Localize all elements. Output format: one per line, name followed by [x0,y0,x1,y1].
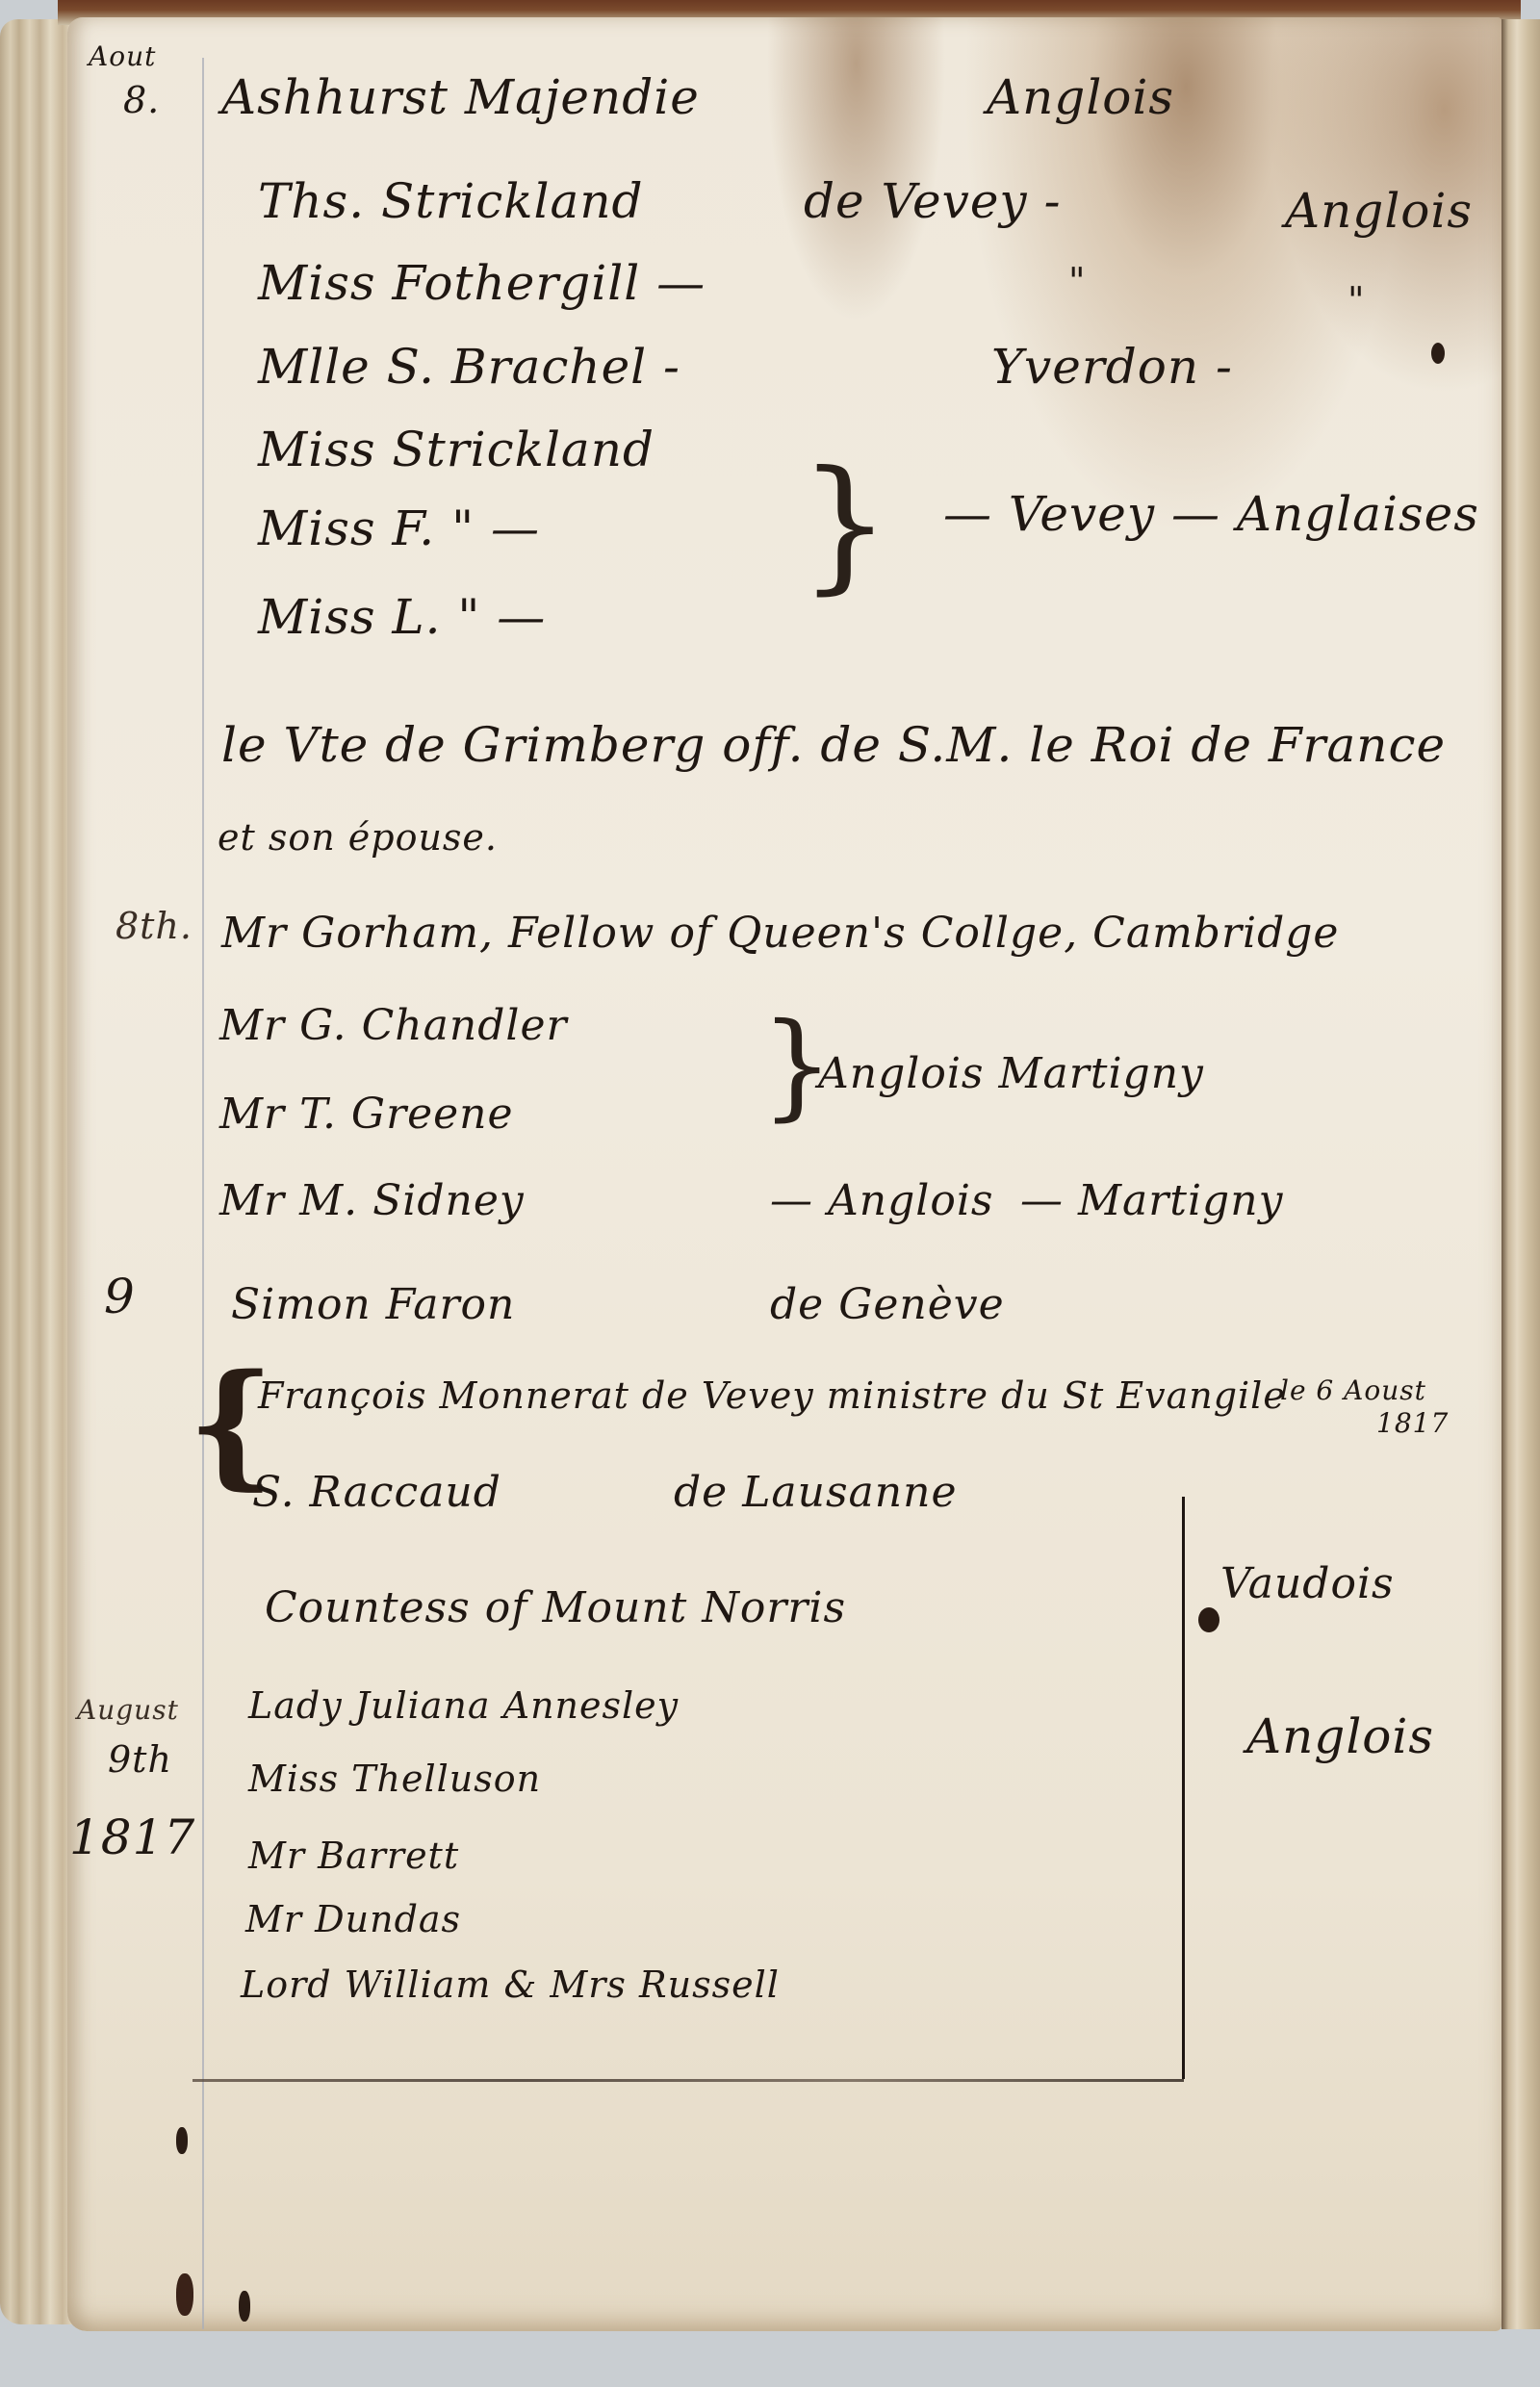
entry-name: Mr Dundas [245,1898,461,1940]
entry-name: et son épouse. [218,816,498,859]
entry-name: Mr M. Sidney [219,1176,525,1225]
ditto-mark: " [1068,260,1086,302]
entry-nationality: — Anglois [770,1176,993,1225]
column-divider [1182,1497,1185,2079]
ink-stain [176,2273,193,2316]
entry-place: de Lausanne [674,1468,958,1517]
entry-name: François Monnerat de Vevey ministre du S… [258,1374,1286,1417]
margin-date-9: 9 [104,1269,136,1324]
entry-name: Miss F. " — [258,500,540,556]
group-label: — Vevey — Anglaises [943,486,1479,542]
bracket-brace: } [799,452,890,597]
entry-name: Miss L. " — [258,589,546,645]
ink-blot [176,2127,188,2154]
margin-date-9th: 9th [108,1738,172,1781]
entry-place: de Genève [770,1280,1005,1329]
group-label: Anglois Martigny [818,1049,1204,1098]
margin-date-8th: 8th. [115,905,192,947]
entry-name: Mr T. Greene [219,1090,514,1139]
entry-place: — Martigny [1020,1176,1283,1225]
entry-year: 1817 [1376,1407,1449,1439]
entry-name: Simon Faron [231,1280,515,1329]
entry-name: Miss Fothergill — [258,255,706,311]
entry-name: Countess of Mount Norris [265,1583,846,1632]
entry-name: Miss Thelluson [248,1758,541,1800]
entry-nationality: Anglois [1285,183,1473,239]
margin-date-month: Aout [89,40,156,72]
ink-blot [1198,1607,1219,1632]
entry-name: S. Raccaud [252,1468,501,1517]
entry-name: Mlle S. Brachel - [258,339,680,395]
entry-place: Yverdon - [991,339,1233,395]
entry-name: Mr G. Chandler [219,1001,568,1050]
entry-name: Lady Juliana Annesley [248,1684,679,1727]
group-label-vaudois: Vaudois [1220,1559,1395,1608]
entry-name: Lord William & Mrs Russell [241,1963,780,2006]
group-label-anglois: Anglois [1246,1708,1434,1764]
section-end-line [192,2079,1184,2082]
entry-name: Ths. Strickland [258,173,644,229]
entry-name: Mr Barrett [248,1835,459,1877]
entry-name: Mr Gorham, Fellow of Queen's Collge, Cam… [221,909,1339,958]
facing-page-edge [1501,19,1540,2329]
margin-rule-line [202,58,204,2329]
entry-date: le 6 Aoust [1280,1374,1426,1406]
margin-date-day: 8. [123,79,160,121]
entry-name: Miss Strickland [258,422,654,477]
margin-date-august: August [77,1694,179,1726]
ditto-mark: " [1347,279,1365,321]
margin-date-year: 1817 [69,1809,195,1865]
ink-blot [1431,343,1445,364]
entry-name: le Vte de Grimberg off. de S.M. le Roi d… [221,717,1446,773]
entry-nationality: Anglois [987,69,1174,125]
ink-stain [239,2291,250,2322]
entry-name: Ashhurst Majendie [221,69,700,125]
entry-place: de Vevey - [804,173,1061,229]
